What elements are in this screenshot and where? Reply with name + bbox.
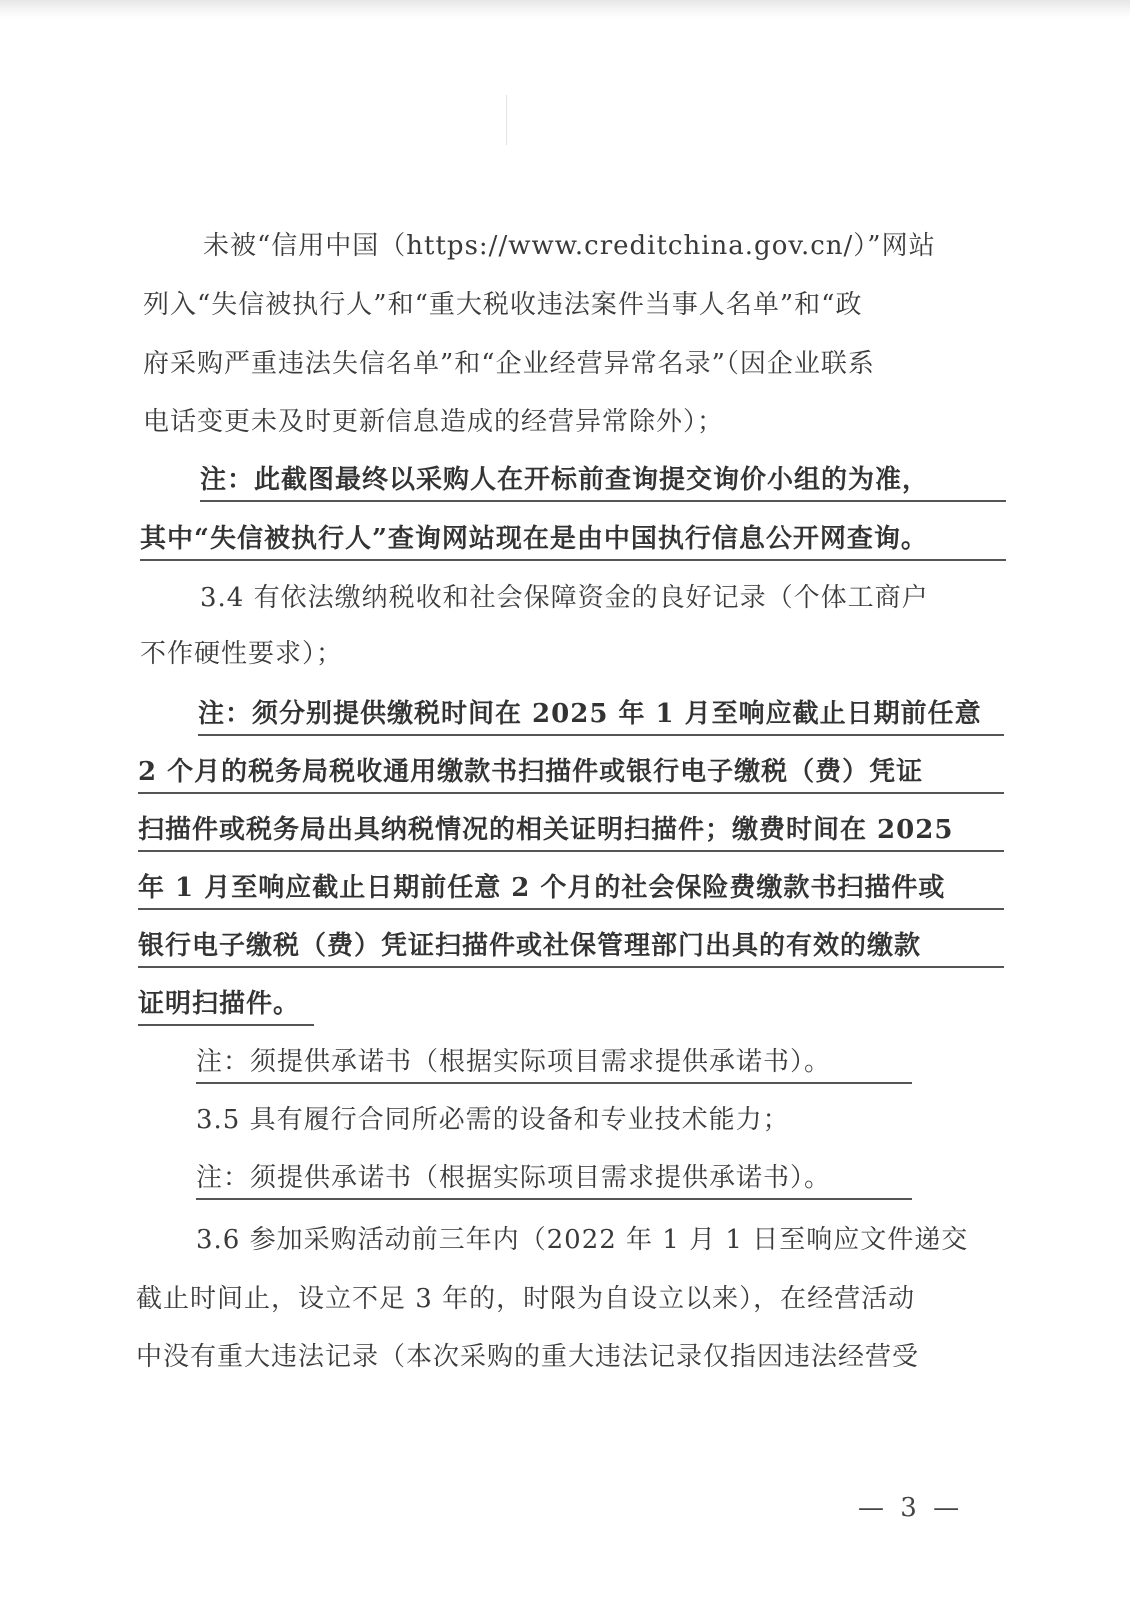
text-line: 2 个月的税务局税收通用缴款书扫描件或银行电子缴税（费）凭证 — [138, 752, 1004, 792]
text-line: 府采购严重违法失信名单”和“企业经营异常名录”（因企业联系 — [143, 344, 875, 384]
text-line: 电话变更未及时更新信息造成的经营异常除外）； — [143, 402, 724, 442]
note-line-underlined: 银行电子缴税（费）凭证扫描件或社保管理部门出具的有效的缴款 — [138, 928, 1004, 968]
note-line-underlined: 注：须提供承诺书（根据实际项目需求提供承诺书）。 — [196, 1160, 912, 1200]
paragraph-line: 电话变更未及时更新信息造成的经营异常除外）； — [143, 402, 724, 442]
clause-line: 3.6 参加采购活动前三年内（2022 年 1 月 1 日至响应文件递交 — [196, 1220, 968, 1260]
clause-line: 中没有重大违法记录（本次采购的重大违法记录仅指因违法经营受 — [136, 1337, 919, 1377]
note-line-underlined: 注：须提供承诺书（根据实际项目需求提供承诺书）。 — [196, 1044, 912, 1084]
clause-line: 截止时间止，设立不足 3 年的，时限为自设立以来），在经营活动 — [136, 1279, 915, 1319]
note-line-underlined: 2 个月的税务局税收通用缴款书扫描件或银行电子缴税（费）凭证 — [138, 754, 1004, 794]
note-line-underlined: 年 1 月至响应截止日期前任意 2 个月的社会保险费缴款书扫描件或 — [138, 870, 1004, 910]
text-line: 银行电子缴税（费）凭证扫描件或社保管理部门出具的有效的缴款 — [138, 926, 1004, 966]
text-line: 3.4 有依法缴纳税收和社会保障资金的良好记录（个体工商户 — [200, 578, 929, 618]
text-line: 注：此截图最终以采购人在开标前查询提交询价小组的为准， — [200, 460, 1006, 500]
text-line: 注：须分别提供缴税时间在 2025 年 1 月至响应截止日期前任意 — [198, 694, 1004, 734]
clause-line: 3.4 有依法缴纳税收和社会保障资金的良好记录（个体工商户 — [200, 578, 929, 618]
note-line-underlined: 注：此截图最终以采购人在开标前查询提交询价小组的为准， — [200, 462, 1006, 502]
text-line: 截止时间止，设立不足 3 年的，时限为自设立以来），在经营活动 — [136, 1279, 915, 1319]
note-line-underlined: 证明扫描件。 — [138, 986, 314, 1026]
text-line: 3.6 参加采购活动前三年内（2022 年 1 月 1 日至响应文件递交 — [196, 1220, 968, 1260]
note-line-underlined: 其中“失信被执行人”查询网站现在是由中国执行信息公开网查询。 — [140, 521, 1006, 561]
paragraph-line: 未被“信用中国（https://www.creditchina.gov.cn/）… — [203, 226, 936, 266]
text-line: 扫描件或税务局出具纳税情况的相关证明扫描件；缴费时间在 2025 — [138, 810, 1004, 850]
text-line: 中没有重大违法记录（本次采购的重大违法记录仅指因违法经营受 — [136, 1337, 919, 1377]
text-line: 年 1 月至响应截止日期前任意 2 个月的社会保险费缴款书扫描件或 — [138, 868, 1004, 908]
document-page: 未被“信用中国（https://www.creditchina.gov.cn/）… — [0, 0, 1130, 1600]
text-line: 不作硬性要求）； — [140, 634, 343, 674]
clause-line: 不作硬性要求）； — [140, 634, 343, 674]
text-line: 注：须提供承诺书（根据实际项目需求提供承诺书）。 — [196, 1158, 912, 1198]
text-line: 3.5 具有履行合同所必需的设备和专业技术能力； — [196, 1100, 790, 1140]
text-line: 列入“失信被执行人”和“重大税收违法案件当事人名单”和“政 — [143, 285, 862, 325]
page-number: — 3 — — [858, 1493, 963, 1523]
text-line: 注：须提供承诺书（根据实际项目需求提供承诺书）。 — [196, 1042, 912, 1082]
paragraph-line: 府采购严重违法失信名单”和“企业经营异常名录”（因企业联系 — [143, 344, 875, 384]
clause-line: 3.5 具有履行合同所必需的设备和专业技术能力； — [196, 1100, 790, 1140]
text-line: 未被“信用中国（https://www.creditchina.gov.cn/）… — [203, 226, 936, 266]
text-line: 其中“失信被执行人”查询网站现在是由中国执行信息公开网查询。 — [140, 519, 1006, 559]
paragraph-line: 列入“失信被执行人”和“重大税收违法案件当事人名单”和“政 — [143, 285, 862, 325]
text-line: 证明扫描件。 — [138, 984, 314, 1024]
note-line-underlined: 扫描件或税务局出具纳税情况的相关证明扫描件；缴费时间在 2025 — [138, 812, 1004, 852]
note-line-underlined: 注：须分别提供缴税时间在 2025 年 1 月至响应截止日期前任意 — [198, 696, 1004, 736]
